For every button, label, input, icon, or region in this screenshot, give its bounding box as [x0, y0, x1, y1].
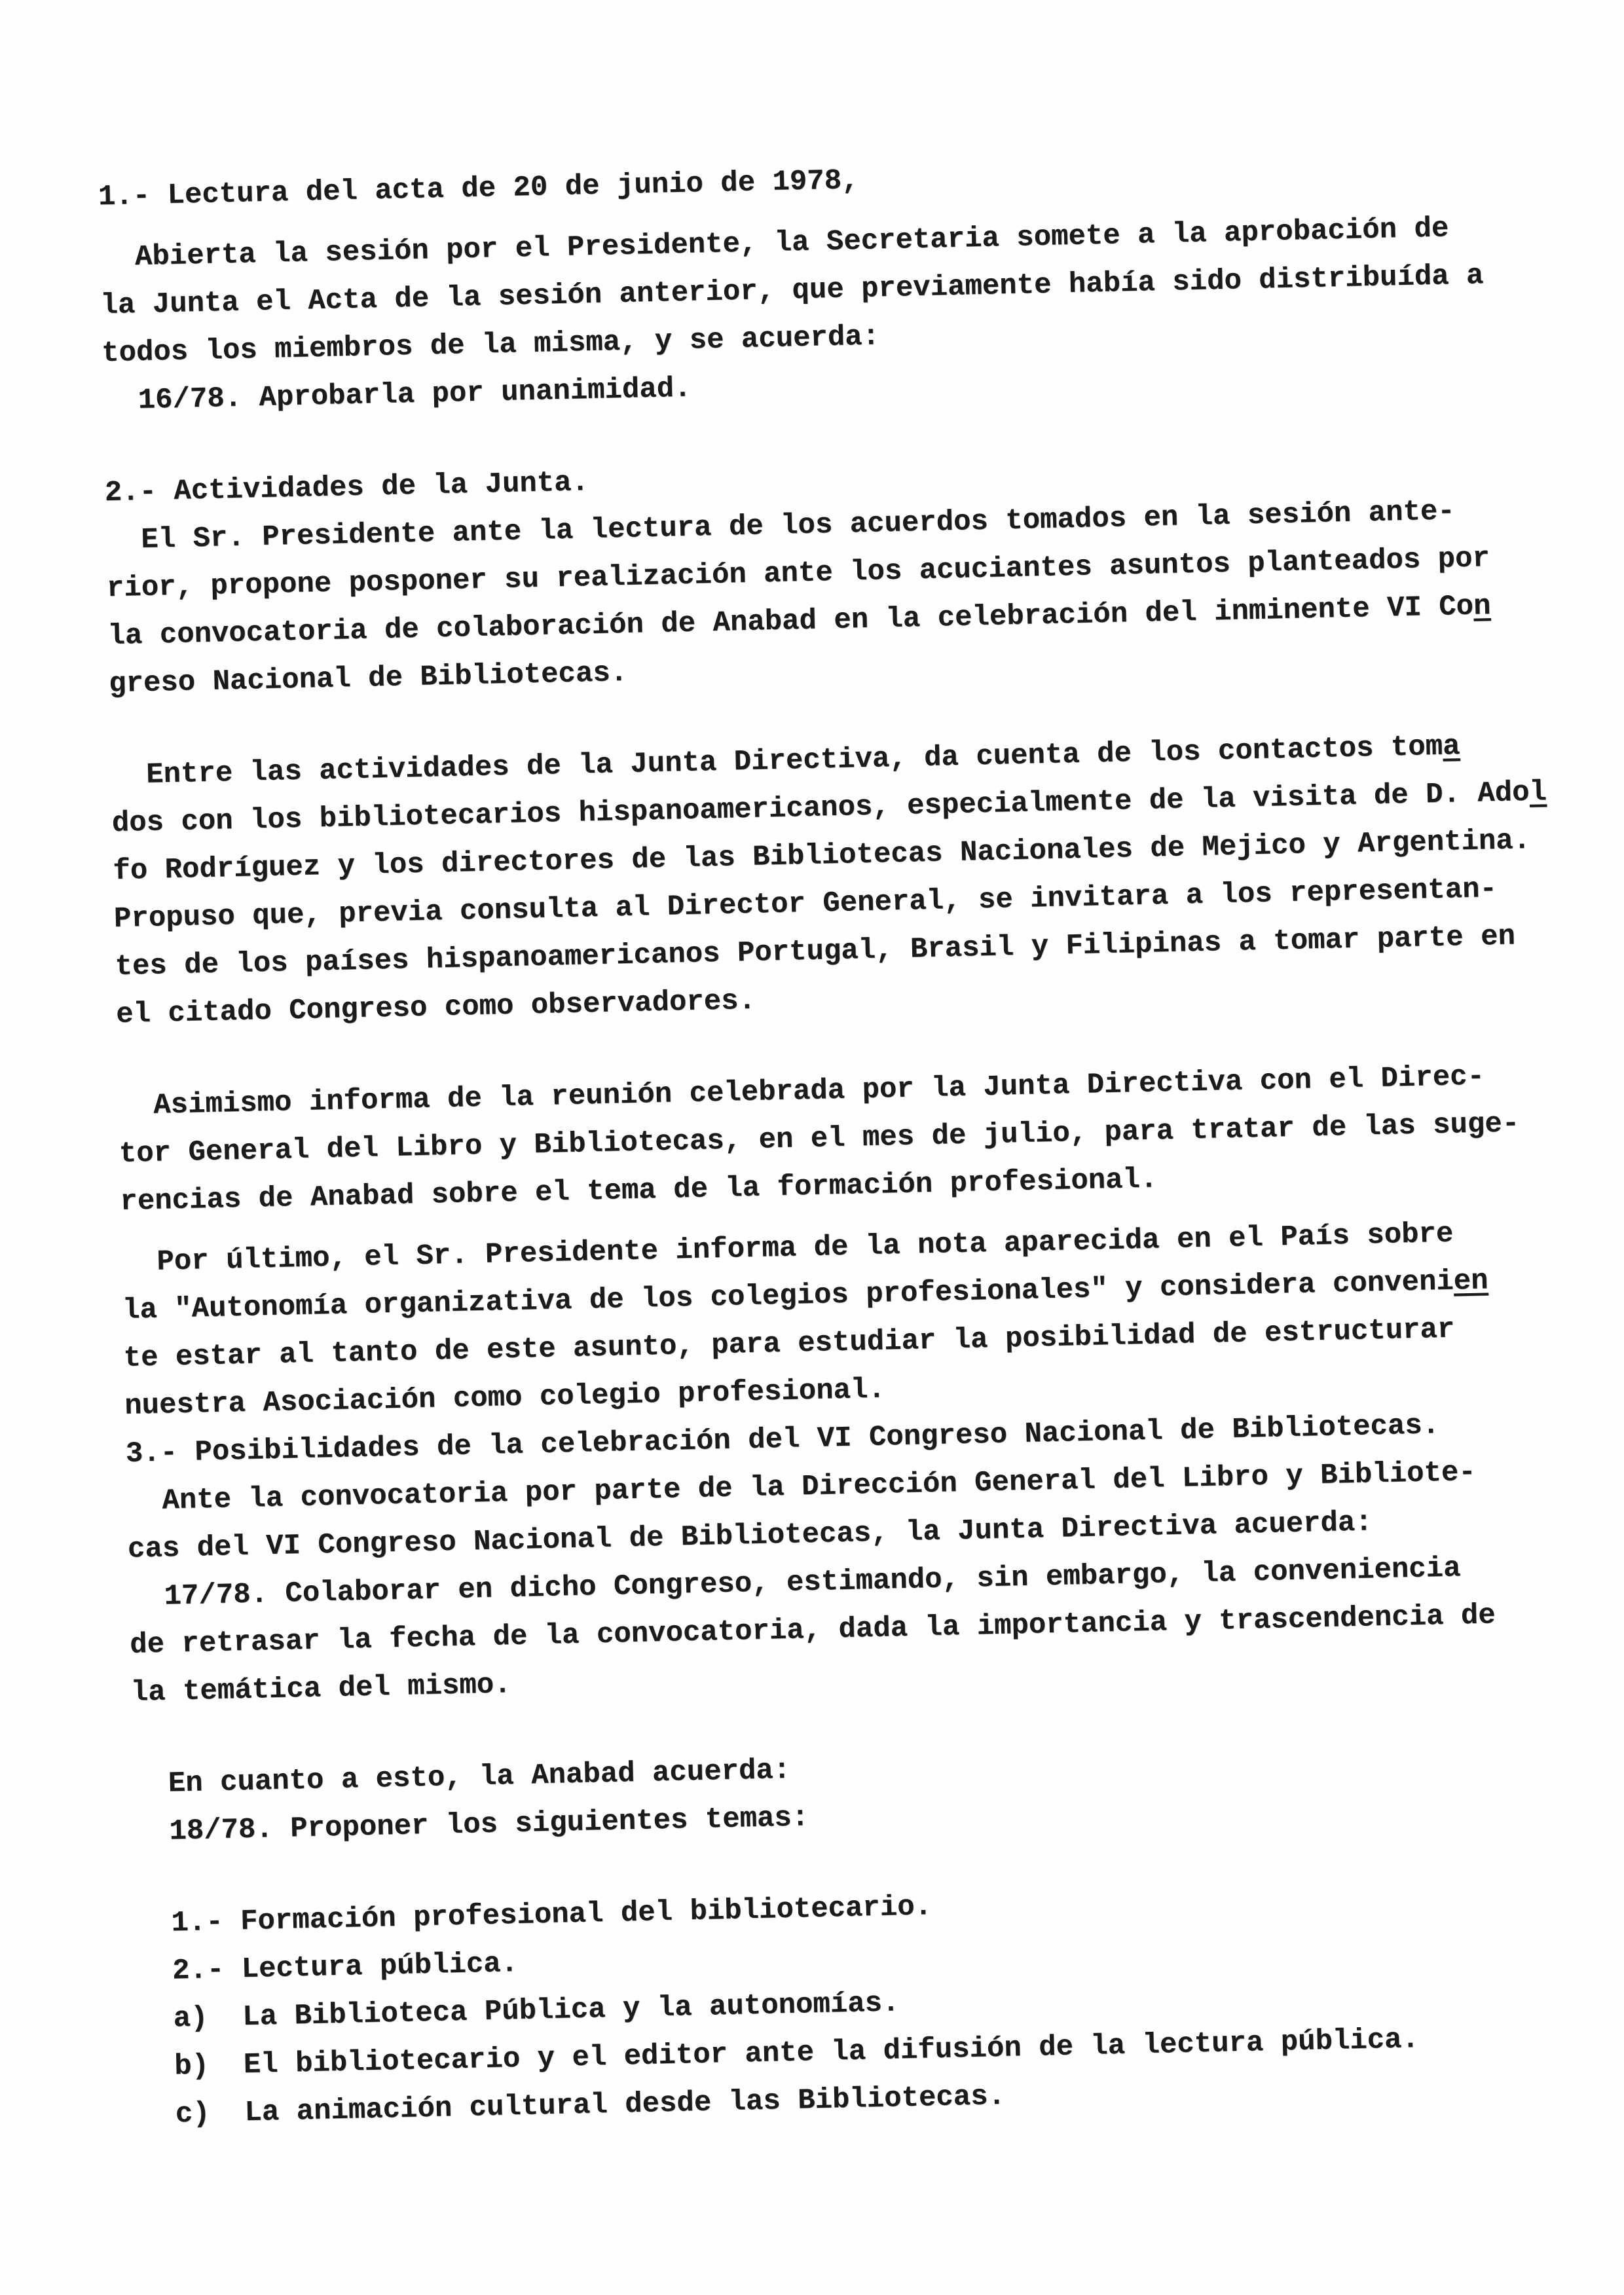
hyphenation-underline: a: [1443, 730, 1460, 763]
scanned-document-page: 1.- Lectura del acta de 20 de junio de 1…: [0, 0, 1624, 2295]
typed-text-block: 1.- Lectura del acta de 20 de junio de 1…: [0, 0, 1624, 2142]
hyphenation-underline: l: [1529, 776, 1547, 809]
hyphenation-underline: en: [1453, 1264, 1488, 1298]
hyphenation-underline: n: [1473, 590, 1491, 623]
